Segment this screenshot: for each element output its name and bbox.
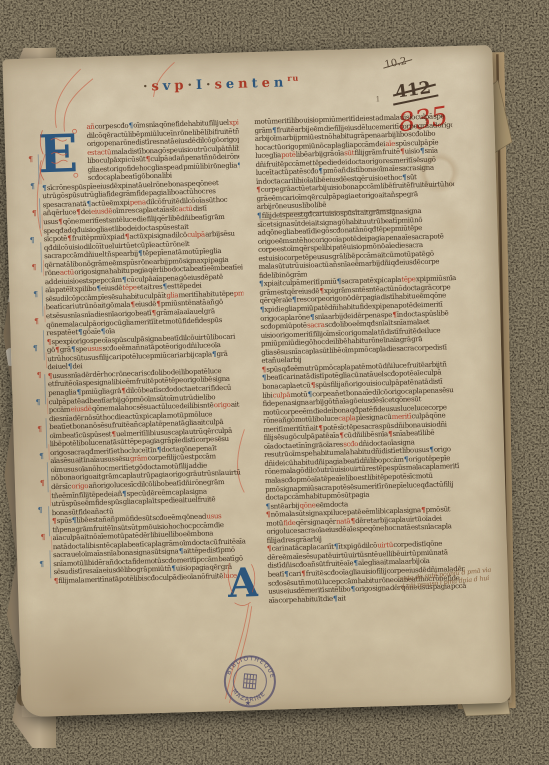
- paraph-mark-icon: ¶: [125, 232, 129, 241]
- stamp-star-icon: ★: [244, 699, 251, 708]
- margin-paraph-icon: ¶: [31, 262, 36, 271]
- rubricated-word: actū: [97, 148, 111, 156]
- paraph-mark-icon: ¶: [55, 345, 59, 354]
- paraph-mark-icon: ¶: [337, 277, 341, 286]
- running-title-letter: e: [226, 77, 239, 92]
- rubricated-word: origo: [214, 401, 231, 409]
- paraph-mark-icon: ¶: [256, 185, 260, 194]
- paraph-mark-icon: ¶: [421, 505, 425, 514]
- running-title-letter: v: [163, 79, 175, 94]
- foliation-old-mark: 10.2: [384, 56, 408, 71]
- paraph-mark-icon: ¶: [334, 542, 338, 551]
- manuscript-page: ·svp·I·sentenru 10.2 412 835 1 E: [2, 45, 511, 717]
- running-title-letter: n: [238, 76, 252, 91]
- paraph-mark-icon: ¶: [402, 172, 406, 181]
- rubricated-word: natā: [336, 517, 351, 525]
- paraph-mark-icon: ¶: [68, 362, 72, 371]
- paraph-mark-icon: ¶: [262, 365, 267, 374]
- margin-paraph-icon: ¶: [32, 208, 37, 217]
- rubricated-word: qōne: [299, 501, 315, 509]
- running-title-letter: ru: [287, 73, 299, 83]
- margin-paraph-icon: ¶: [30, 236, 35, 245]
- paraph-mark-icon: ¶: [47, 337, 52, 346]
- rubricated-word: usus: [87, 345, 102, 353]
- paraph-mark-icon: ¶: [301, 569, 305, 578]
- red-flourish-icon: [54, 69, 83, 128]
- rubricated-word: eiusdē: [70, 405, 91, 414]
- paraph-mark-icon: ¶: [179, 547, 183, 556]
- paraph-mark-icon: ¶: [284, 569, 288, 578]
- margin-paraph-icon: ¶: [39, 559, 44, 568]
- foliation-old-number: 412: [394, 78, 432, 103]
- paraph-mark-icon: ¶: [257, 211, 262, 220]
- margin-paraph-icon: ¶: [38, 505, 43, 514]
- text-column-right: motū meritī libo uisio pmiū meritī dei e…: [254, 112, 466, 606]
- library-stamp: BIBLIOTHEQUE MAZARINE ★: [217, 648, 283, 714]
- paraph-mark-icon: ¶: [87, 199, 91, 208]
- paraph-mark-icon: ¶: [122, 488, 126, 497]
- running-title-letter: s: [214, 77, 226, 92]
- paraph-mark-icon: ¶: [72, 516, 76, 525]
- paraph-mark-icon: ¶: [129, 121, 133, 130]
- paraph-mark-icon: ¶: [76, 387, 80, 396]
- rubricated-word: fide: [283, 519, 295, 527]
- rubricated-word: tēpe: [122, 284, 136, 292]
- paraph-mark-icon: ¶: [67, 234, 71, 243]
- paraph-mark-icon: ¶: [157, 445, 161, 454]
- paraph-mark-icon: ¶: [318, 423, 322, 432]
- paraph-mark-icon: ¶: [429, 445, 433, 454]
- paraph-mark-icon: ¶: [122, 275, 126, 284]
- paraph-mark-icon: ¶: [266, 510, 271, 519]
- paraph-mark-icon: ¶: [404, 454, 408, 463]
- paraph-mark-icon: ¶: [319, 286, 323, 295]
- paraph-mark-icon: ¶: [267, 544, 272, 553]
- rubricated-word: est: [87, 148, 97, 156]
- paraph-mark-icon: ¶: [339, 431, 343, 440]
- margin-paraph-icon: ¶: [33, 289, 38, 298]
- margin-paraph-icon: ¶: [39, 451, 44, 460]
- rubricated-word: actū: [178, 205, 192, 213]
- paraph-mark-icon: ¶: [156, 299, 160, 308]
- margin-paraph-icon: ¶: [33, 343, 38, 352]
- paraph-mark-icon: ¶: [58, 217, 62, 226]
- paraph-mark-icon: ¶: [318, 166, 322, 175]
- paraph-mark-icon: ¶: [308, 389, 312, 398]
- paraph-mark-icon: ¶: [420, 146, 424, 155]
- rubricated-word: aīe: [385, 139, 395, 147]
- svg-text:BIBLIOTHEQUE: BIBLIOTHEQUE: [225, 653, 278, 680]
- paraph-mark-icon: ¶: [101, 327, 105, 336]
- paraph-mark-icon: ¶: [111, 429, 115, 438]
- paraph-mark-icon: ¶: [333, 593, 337, 602]
- margin-paraph-icon: ¶: [34, 316, 39, 325]
- running-title: ·svp·I·sentenru: [121, 72, 322, 100]
- paraph-mark-icon: ¶: [162, 282, 166, 291]
- rubricated-word: glia: [166, 291, 178, 299]
- paraph-mark-icon: ¶: [400, 147, 404, 156]
- paraph-mark-icon: ¶: [48, 371, 53, 380]
- rubricated-word: uirtū: [377, 541, 393, 549]
- paraph-mark-icon: ¶: [71, 345, 75, 354]
- foliation-tiny-mark: 1: [376, 95, 381, 103]
- paraph-mark-icon: ¶: [388, 429, 392, 438]
- paraph-mark-icon: ¶: [259, 279, 264, 288]
- rubricated-word: sūt: [344, 149, 354, 157]
- rubricated-word: culpā: [187, 231, 205, 240]
- paraph-mark-icon: ¶: [121, 386, 125, 395]
- rubricated-word: actū: [60, 269, 74, 277]
- margin-paraph-icon: ¶: [37, 424, 42, 433]
- stamp-monogram-icon: [243, 674, 256, 689]
- stamp-text-top: BIBLIOTHEQUE: [225, 653, 278, 680]
- margin-paraph-icon: ¶: [40, 532, 45, 541]
- paraph-mark-icon: ¶: [52, 516, 57, 525]
- paraph-mark-icon: ¶: [266, 501, 271, 510]
- paraph-mark-icon: ¶: [171, 564, 175, 573]
- paraph-mark-icon: ¶: [130, 300, 134, 309]
- paraph-mark-icon: ¶: [272, 125, 276, 134]
- running-title-letter: s: [151, 79, 163, 94]
- text-column-left: añ corpe scđo ¶ oīm snīa qōne fide habit…: [40, 118, 252, 587]
- paraph-mark-icon: ¶: [237, 161, 239, 169]
- paraph-mark-icon: ¶: [54, 576, 58, 585]
- rubricated-word: culpā: [272, 391, 290, 400]
- paraph-mark-icon: ¶: [138, 249, 142, 258]
- paraph-mark-icon: ¶: [311, 380, 315, 389]
- paraph-mark-icon: ¶: [310, 312, 314, 321]
- rubricated-word: meritī: [392, 413, 412, 422]
- paraph-mark-icon: ¶: [76, 208, 80, 217]
- paraph-mark-icon: ¶: [212, 349, 216, 358]
- running-title-letter: n: [274, 75, 288, 90]
- running-title-letter: e: [261, 76, 274, 91]
- margin-paraph-icon: ¶: [35, 397, 40, 406]
- rubricated-word: tēpe: [401, 276, 415, 284]
- running-title-letter: p: [174, 78, 188, 93]
- rubricated-word: usus: [206, 512, 221, 520]
- rubricated-word: sacra: [307, 321, 325, 330]
- gutter-initial-a-icon: A: [225, 556, 259, 615]
- paraph-mark-icon: ¶: [78, 327, 82, 336]
- paraph-mark-icon: ¶: [96, 284, 100, 293]
- paraph-mark-icon: ¶: [42, 183, 47, 192]
- paraph-mark-icon: ¶: [351, 516, 355, 525]
- rubricated-word: añ: [86, 123, 94, 131]
- paraph-mark-icon: ¶: [353, 559, 357, 568]
- rubricated-word: origo: [71, 482, 88, 490]
- rubricated-word: grām: [130, 455, 147, 464]
- paraph-mark-icon: ¶: [260, 305, 264, 314]
- paraph-mark-icon: ¶: [292, 295, 296, 304]
- rubricated-word: pena: [130, 198, 146, 206]
- paraph-mark-icon: ¶: [152, 308, 156, 317]
- margin-paraph-icon: ¶: [28, 155, 33, 164]
- rubricated-word: eiusdē: [91, 208, 112, 217]
- rubricated-word: pmiū: [234, 289, 244, 297]
- paraph-mark-icon: ¶: [351, 584, 355, 593]
- rubricated-word: potē: [281, 151, 295, 159]
- initial-a-letter: A: [226, 559, 259, 607]
- photo-scene: ·svp·I·sentenru 10.2 412 835 1 E: [0, 0, 549, 765]
- running-title-letter: I: [196, 78, 207, 93]
- paraph-mark-icon: ¶: [392, 309, 396, 318]
- margin-paraph-icon: ¶: [40, 478, 45, 487]
- margin-paraph-icon: ¶: [30, 182, 35, 191]
- margin-paraph-icon: ¶: [37, 370, 42, 379]
- rubricated-word: capla: [338, 414, 355, 423]
- paraph-mark-icon: ¶: [146, 154, 150, 163]
- rubricated-word: xpi: [229, 118, 238, 126]
- paraph-mark-icon: ¶: [262, 373, 266, 382]
- rubricated-word: scđo: [343, 440, 358, 448]
